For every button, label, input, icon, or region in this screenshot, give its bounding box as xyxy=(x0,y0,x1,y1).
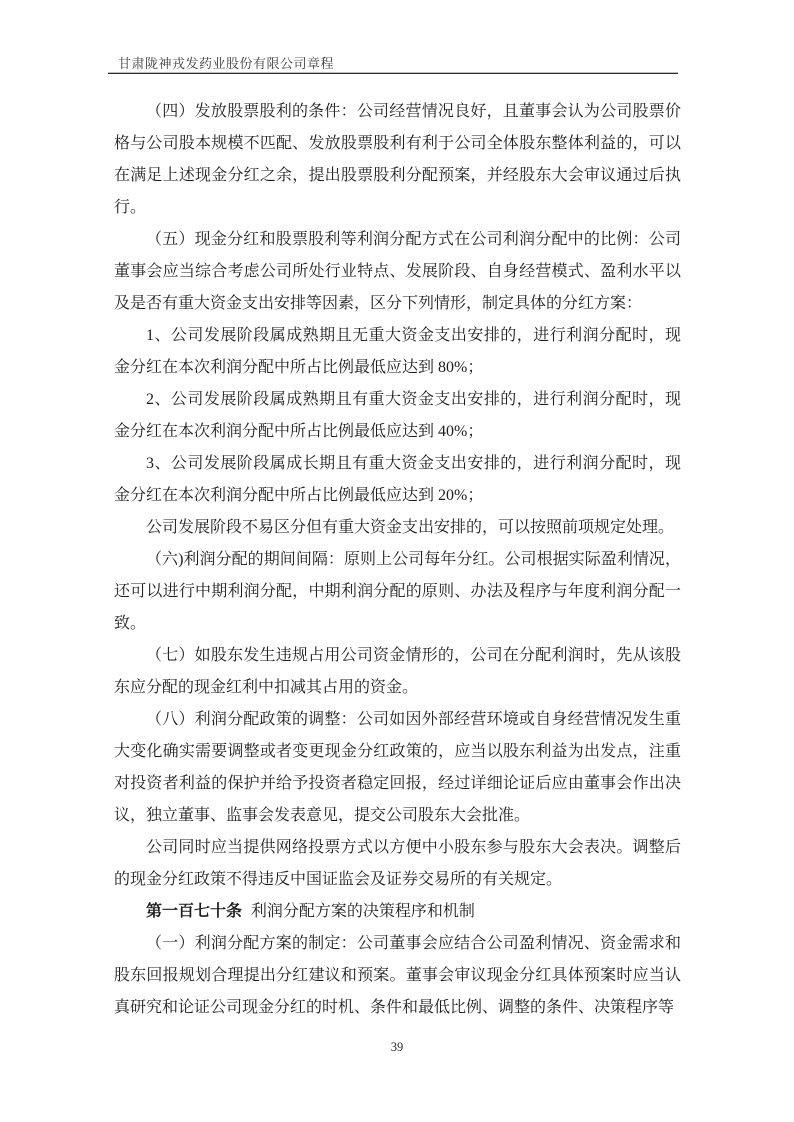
header-rule xyxy=(108,72,678,74)
page-number: 39 xyxy=(0,1040,794,1055)
paragraph-subitem-1-mature-no-major-spending: 1、公司发展阶段属成熟期且无重大资金支出安排的，进行利润分配时，现金分红在本次利… xyxy=(114,320,681,384)
paragraph-subitem-3-growth-major-spending: 3、公司发展阶段属成长期且有重大资金支出安排的，进行利润分配时，现金分红在本次利… xyxy=(114,448,681,512)
paragraph-item-4-stock-dividend-conditions: （四）发放股票股利的条件：公司经营情况良好，且董事会认为公司股票价格与公司股本规… xyxy=(114,96,681,224)
document-body: （四）发放股票股利的条件：公司经营情况良好，且董事会认为公司股票价格与公司股本规… xyxy=(114,96,681,1024)
paragraph-stage-unclear: 公司发展阶段不易区分但有重大资金支出安排的，可以按照前项规定处理。 xyxy=(114,512,681,544)
page-header-title: 甘肃陇神戎发药业股份有限公司章程 xyxy=(118,53,334,72)
paragraph-item-7-fund-misuse: （七）如股东发生违规占用公司资金情形的，公司在分配利润时，先从该股东应分配的现金… xyxy=(114,640,681,704)
paragraph-item-8-policy-adjustment: （八）利润分配政策的调整：公司如因外部经营环境或自身经营情况发生重大变化确实需要… xyxy=(114,704,681,832)
article-170-number: 第一百七十条 xyxy=(146,903,242,920)
document-page: 甘肃陇神戎发药业股份有限公司章程 （四）发放股票股利的条件：公司经营情况良好，且… xyxy=(0,0,794,1122)
article-170-heading: 第一百七十条利润分配方案的决策程序和机制 xyxy=(114,896,681,928)
paragraph-subitem-2-mature-major-spending: 2、公司发展阶段属成熟期且有重大资金支出安排的，进行利润分配时，现金分红在本次利… xyxy=(114,384,681,448)
paragraph-item-6-dividend-interval: （六)利润分配的期间间隔：原则上公司每年分红。公司根据实际盈利情况，还可以进行中… xyxy=(114,544,681,640)
paragraph-item-1-plan-formulation: （一）利润分配方案的制定：公司董事会应结合公司盈利情况、资金需求和股东回报规划合… xyxy=(114,928,681,1024)
paragraph-item-5-dividend-ratio: （五）现金分红和股票股利等利润分配方式在公司利润分配中的比例：公司董事会应当综合… xyxy=(114,224,681,320)
paragraph-online-voting: 公司同时应当提供网络投票方式以方便中小股东参与股东大会表决。调整后的现金分红政策… xyxy=(114,832,681,896)
article-170-title: 利润分配方案的决策程序和机制 xyxy=(251,903,475,920)
